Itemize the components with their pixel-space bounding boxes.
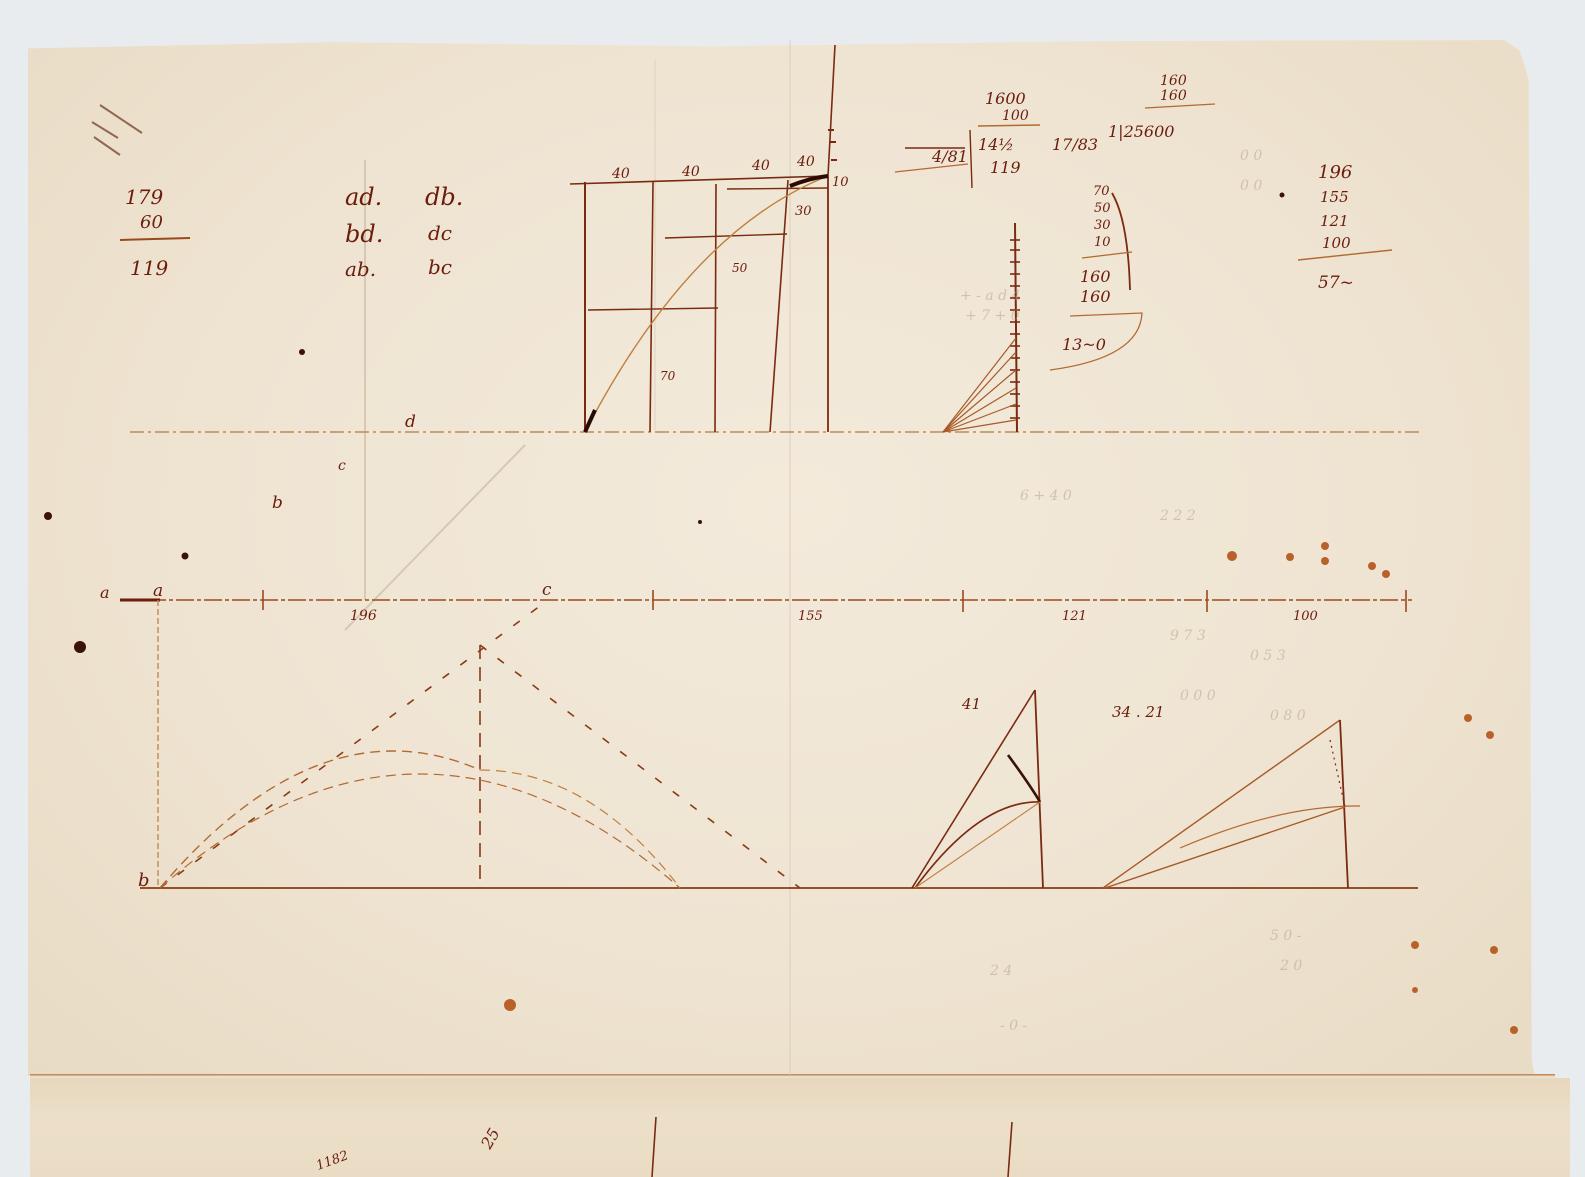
svg-text:70: 70 bbox=[1093, 184, 1110, 199]
ratio-1-left: ad. bbox=[345, 183, 382, 211]
triangle-label-41: 41 bbox=[961, 695, 981, 713]
triangle-label-34-21: 34 . 21 bbox=[1112, 703, 1164, 721]
svg-text:70: 70 bbox=[660, 369, 676, 383]
ink-dots bbox=[44, 193, 1285, 654]
svg-text:6 + 4 0: 6 + 4 0 bbox=[1020, 488, 1072, 504]
point-label-a-axis: a bbox=[153, 581, 163, 601]
svg-text:119: 119 bbox=[990, 158, 1021, 177]
scale-label-196: 196 bbox=[350, 608, 377, 624]
svg-text:160: 160 bbox=[1160, 88, 1187, 104]
corner-hatch-marks bbox=[92, 105, 142, 155]
scale-label-121: 121 bbox=[1062, 609, 1087, 624]
manuscript-scan: 179 60 119 ad. db. bd. dc ab. bc bbox=[0, 0, 1585, 1177]
point-label-b-base: b bbox=[138, 870, 150, 891]
point-label-b-upper: b bbox=[272, 493, 283, 513]
svg-text:2 4: 2 4 bbox=[989, 963, 1012, 979]
ratio-1-right: db. bbox=[425, 183, 463, 211]
svg-text:40: 40 bbox=[611, 166, 630, 182]
svg-text:0 8 0: 0 8 0 bbox=[1270, 708, 1306, 724]
svg-text:10: 10 bbox=[832, 175, 849, 190]
minuend: 179 bbox=[125, 185, 163, 209]
subtraction-block: 179 60 119 bbox=[120, 185, 190, 280]
ink-stains bbox=[504, 542, 1518, 1034]
point-label-c-upper: c bbox=[338, 458, 346, 474]
ratio-2-right: dc bbox=[428, 221, 452, 245]
lower-sheet-ink: 1182 25 bbox=[314, 1117, 1012, 1177]
svg-text:40: 40 bbox=[681, 164, 700, 180]
svg-text:40: 40 bbox=[796, 154, 815, 170]
bleed-through-text: 0 00 0 + - a d 4+ 7 + 0 6 + 4 02 2 2 9 7… bbox=[960, 148, 1306, 1034]
svg-text:160: 160 bbox=[1160, 73, 1187, 89]
scale-column-values: 70 50 30 10 160 160 13~0 bbox=[1062, 184, 1111, 354]
svg-text:4/81: 4/81 bbox=[931, 147, 968, 166]
svg-text:1600: 1600 bbox=[985, 89, 1026, 108]
top-right-sums: 196 155 121 100 57~ bbox=[1298, 162, 1392, 293]
svg-text:196: 196 bbox=[1318, 162, 1352, 183]
top-middle-calculation: 1600 100 4/81 14½ 119 17/83 160 160 1|25… bbox=[895, 73, 1215, 188]
svg-text:2 0: 2 0 bbox=[1279, 958, 1302, 974]
svg-text:0 0: 0 0 bbox=[1240, 178, 1262, 194]
svg-text:17/83: 17/83 bbox=[1052, 135, 1098, 154]
horizontal-scale bbox=[120, 590, 1412, 612]
svg-text:121: 121 bbox=[1320, 212, 1349, 230]
svg-text:13~0: 13~0 bbox=[1062, 335, 1106, 354]
parabola-grid-diagram bbox=[570, 45, 837, 432]
svg-text:14½: 14½ bbox=[978, 135, 1014, 154]
svg-text:100: 100 bbox=[1002, 108, 1029, 124]
svg-text:50: 50 bbox=[1094, 201, 1111, 216]
svg-text:+ - a d 4: + - a d 4 bbox=[960, 288, 1020, 304]
ratio-2-left: bd. bbox=[345, 220, 383, 248]
ink-drawing-layer: 179 60 119 ad. db. bd. dc ab. bc bbox=[0, 0, 1585, 1177]
difference: 119 bbox=[130, 256, 168, 280]
svg-text:5 0 -: 5 0 - bbox=[1270, 928, 1302, 944]
svg-text:- 0 -: - 0 - bbox=[1000, 1018, 1028, 1034]
point-label-d: d bbox=[405, 412, 416, 432]
svg-text:30: 30 bbox=[1094, 218, 1111, 233]
svg-text:160: 160 bbox=[1080, 267, 1111, 286]
svg-text:0 5 3: 0 5 3 bbox=[1250, 648, 1286, 664]
svg-text:2 2 2: 2 2 2 bbox=[1159, 508, 1196, 524]
svg-text:9 7 3: 9 7 3 bbox=[1170, 628, 1206, 644]
svg-text:0 0: 0 0 bbox=[1240, 148, 1262, 164]
triangle-diagram-2 bbox=[1103, 720, 1360, 888]
subtrahend: 60 bbox=[140, 212, 163, 233]
svg-text:1182: 1182 bbox=[314, 1148, 350, 1173]
svg-text:30: 30 bbox=[795, 204, 812, 219]
scale-label-100: 100 bbox=[1293, 609, 1318, 624]
triangle-diagram-1 bbox=[912, 690, 1043, 888]
svg-text:57~: 57~ bbox=[1318, 273, 1354, 293]
svg-text:160: 160 bbox=[1080, 287, 1111, 306]
svg-text:10: 10 bbox=[1094, 235, 1111, 250]
svg-text:0 0 0: 0 0 0 bbox=[1180, 688, 1216, 704]
svg-text:40: 40 bbox=[751, 158, 770, 174]
scale-label-155: 155 bbox=[798, 609, 823, 624]
ratio-list: ad. db. bd. dc ab. bc bbox=[345, 183, 463, 281]
ratio-3-right: bc bbox=[428, 255, 452, 279]
svg-text:50: 50 bbox=[732, 261, 748, 275]
svg-text:25: 25 bbox=[477, 1125, 504, 1153]
ratio-3-left: ab. bbox=[345, 257, 376, 281]
projectile-parabola-diagram bbox=[140, 600, 1418, 888]
point-label-a-left: a bbox=[100, 583, 110, 602]
svg-text:100: 100 bbox=[1322, 234, 1351, 252]
point-label-c-axis: c bbox=[542, 580, 552, 600]
svg-text:1|25600: 1|25600 bbox=[1108, 122, 1174, 141]
svg-text:155: 155 bbox=[1320, 188, 1349, 206]
svg-text:+ 7 + 0: + 7 + 0 bbox=[965, 308, 1020, 324]
